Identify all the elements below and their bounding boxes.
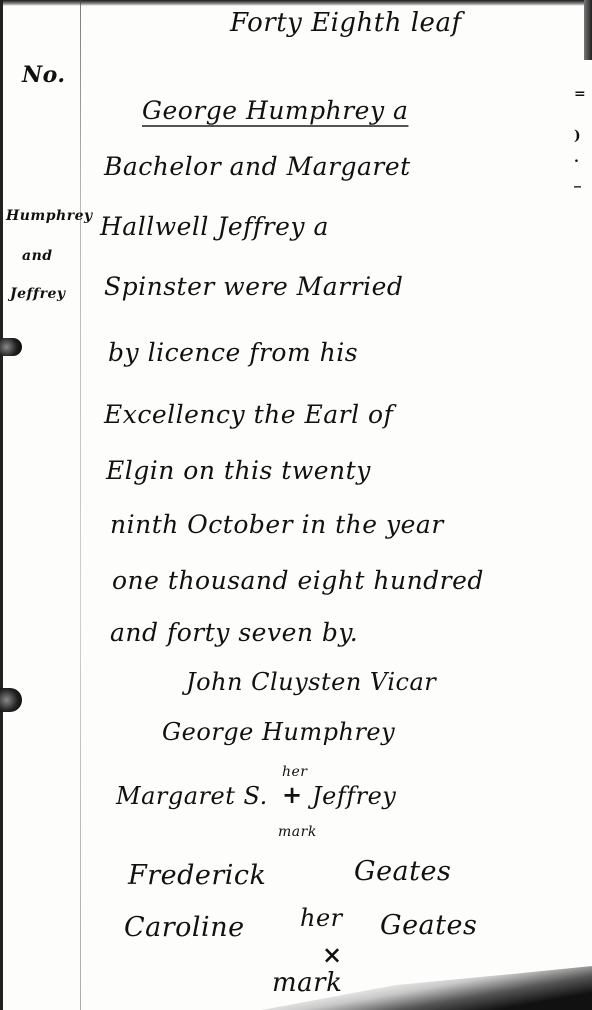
entry-line-3: Hallwell Jeffrey a	[100, 212, 329, 241]
binding-hole-icon	[0, 338, 22, 356]
edge-mark: )	[574, 128, 581, 144]
witness-2-cross-mark: ×	[322, 940, 343, 969]
bride-mark-label: mark	[278, 824, 317, 840]
entry-line-4: Spinster were Married	[104, 272, 403, 301]
margin-name-humphrey: Humphrey	[6, 208, 93, 224]
witness-2-surname: Geates	[380, 910, 477, 941]
edge-mark: =	[574, 86, 586, 102]
entry-line-7: Elgin on this twenty	[106, 456, 371, 485]
bride-name-prefix: Margaret S.	[116, 782, 268, 810]
witness-2-her-label: her	[300, 904, 343, 932]
margin-name-jeffrey: Jeffrey	[10, 286, 66, 302]
edge-mark: _	[574, 172, 581, 188]
witness-1-surname: Geates	[354, 856, 451, 887]
page-top-edge	[0, 0, 592, 6]
entry-line-8: ninth October in the year	[110, 510, 444, 539]
edge-mark: .	[574, 150, 579, 166]
margin-rule	[80, 0, 81, 1010]
bride-cross-mark: +	[282, 780, 303, 809]
page-right-edge	[584, 0, 592, 60]
leaf-heading: Forty Eighth leaf	[230, 8, 462, 38]
entry-line-6: Excellency the Earl of	[104, 400, 393, 429]
entry-line-10: and forty seven by.	[110, 618, 358, 647]
groom-signature: George Humphrey	[162, 718, 395, 746]
entry-line-1: George Humphrey a	[142, 96, 408, 125]
witness-1-name: Frederick	[128, 860, 266, 891]
margin-name-and: and	[22, 248, 53, 264]
officiant-signature: John Cluysten Vicar	[186, 668, 436, 696]
bride-her-label: her	[282, 764, 308, 780]
bride-surname: Jeffrey	[312, 782, 396, 810]
register-page: Forty Eighth leaf No. Humphrey and Jeffr…	[0, 0, 592, 1010]
page-left-edge	[0, 0, 3, 1010]
binding-hole-icon	[0, 688, 22, 712]
margin-entry-marker: No.	[22, 62, 66, 88]
entry-line-2: Bachelor and Margaret	[104, 152, 411, 181]
entry-line-5: by licence from his	[108, 338, 358, 367]
witness-2-name: Caroline	[124, 912, 245, 943]
witness-2-mark-label: mark	[272, 968, 342, 998]
entry-line-9: one thousand eight hundred	[112, 566, 484, 595]
